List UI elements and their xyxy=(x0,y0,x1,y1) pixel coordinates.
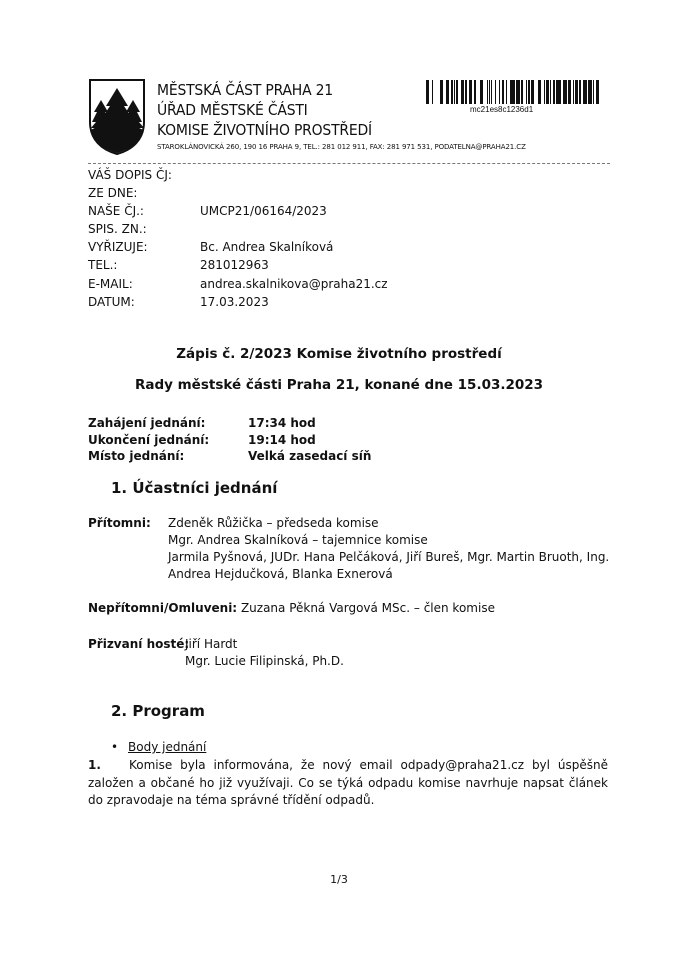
absent-value: Zuzana Pěkná Vargová MSc. – člen komise xyxy=(241,601,495,615)
guest-item: Jiří Hardt xyxy=(185,636,344,653)
reference-block: VÁŠ DOPIS ČJ:ZE DNE:NAŠE ČJ.:UMCP21/0616… xyxy=(88,166,388,311)
reference-row: SPIS. ZN.: xyxy=(88,220,388,238)
present-item: Zdeněk Růžička – předseda komise xyxy=(168,515,609,532)
guest-item: Mgr. Lucie Filipinská, Ph.D. xyxy=(185,653,344,670)
reference-row: ZE DNE: xyxy=(88,184,388,202)
reference-row: TEL.:281012963 xyxy=(88,256,388,274)
document-title: Zápis č. 2/2023 Komise životního prostře… xyxy=(0,346,678,362)
guests-label: Přizvaní hosté: xyxy=(88,636,189,653)
coat-of-arms-icon xyxy=(88,78,146,156)
present-item: Mgr. Andrea Skalníková – tajemnice komis… xyxy=(168,532,609,549)
absent-row: Nepřítomni/Omluveni: Zuzana Pěkná Vargov… xyxy=(88,600,495,617)
present-list: Zdeněk Růžička – předseda komise Mgr. An… xyxy=(168,515,609,583)
section-heading-participants: 1. Účastníci jednání xyxy=(111,479,277,497)
session-details: Zahájení jednání:17:34 hodUkončení jedná… xyxy=(88,415,371,465)
org-address: STAROKLÁNOVICKÁ 260, 190 16 PRAHA 9, TEL… xyxy=(157,143,526,151)
reference-row: VYŘIZUJE:Bc. Andrea Skalníková xyxy=(88,238,388,256)
reference-label: TEL.: xyxy=(88,256,200,274)
session-label: Ukončení jednání: xyxy=(88,432,248,449)
reference-label: E-MAIL: xyxy=(88,275,200,293)
org-name-line2: ÚŘAD MĚSTSKÉ ČÁSTI xyxy=(157,101,308,119)
agenda-item-number: 1. xyxy=(88,757,129,775)
reference-row: NAŠE ČJ.:UMCP21/06164/2023 xyxy=(88,202,388,220)
session-value: 17:34 hod xyxy=(248,415,316,432)
reference-label: SPIS. ZN.: xyxy=(88,220,200,238)
page-number: 1/3 xyxy=(0,873,678,886)
section-heading-program: 2. Program xyxy=(111,702,205,720)
reference-value: 281012963 xyxy=(200,256,269,274)
reference-value: andrea.skalnikova@praha21.cz xyxy=(200,275,388,293)
barcode-text: mc21es8c1236d1 xyxy=(470,105,533,114)
document-subtitle: Rady městské části Praha 21, konané dne … xyxy=(0,377,678,393)
present-item: Andrea Hejdučková, Blanka Exnerová xyxy=(168,566,609,583)
guests-list: Jiří Hardt Mgr. Lucie Filipinská, Ph.D. xyxy=(185,636,344,670)
session-row: Místo jednání:Velká zasedací síň xyxy=(88,448,371,465)
reference-label: VYŘIZUJE: xyxy=(88,238,200,256)
absent-label: Nepřítomni/Omluveni: xyxy=(88,601,237,615)
reference-row: DATUM:17.03.2023 xyxy=(88,293,388,311)
org-name-line1: MĚSTSKÁ ČÁST PRAHA 21 xyxy=(157,81,333,99)
reference-label: DATUM: xyxy=(88,293,200,311)
org-name-line3: KOMISE ŽIVOTNÍHO PROSTŘEDÍ xyxy=(157,121,372,139)
session-label: Místo jednání: xyxy=(88,448,248,465)
reference-label: ZE DNE: xyxy=(88,184,200,202)
reference-value: 17.03.2023 xyxy=(200,293,269,311)
reference-row: VÁŠ DOPIS ČJ: xyxy=(88,166,388,184)
reference-value: UMCP21/06164/2023 xyxy=(200,202,327,220)
header-divider xyxy=(88,163,610,164)
session-value: Velká zasedací síň xyxy=(248,448,371,465)
session-row: Zahájení jednání:17:34 hod xyxy=(88,415,371,432)
present-label: Přítomni: xyxy=(88,515,151,532)
bullet-icon: • xyxy=(111,740,118,754)
agenda-item-text: Komise byla informována, že nový email o… xyxy=(88,758,608,807)
session-value: 19:14 hod xyxy=(248,432,316,449)
reference-label: VÁŠ DOPIS ČJ: xyxy=(88,166,200,184)
reference-row: E-MAIL:andrea.skalnikova@praha21.cz xyxy=(88,275,388,293)
present-item: Jarmila Pyšnová, JUDr. Hana Pelčáková, J… xyxy=(168,549,609,566)
reference-label: NAŠE ČJ.: xyxy=(88,202,200,220)
reference-value: Bc. Andrea Skalníková xyxy=(200,238,333,256)
session-label: Zahájení jednání: xyxy=(88,415,248,432)
agenda-item-1: 1.Komise byla informována, že nový email… xyxy=(88,757,608,810)
barcode-icon xyxy=(425,80,600,104)
session-row: Ukončení jednání:19:14 hod xyxy=(88,432,371,449)
agenda-subheading: Body jednání xyxy=(128,740,206,754)
